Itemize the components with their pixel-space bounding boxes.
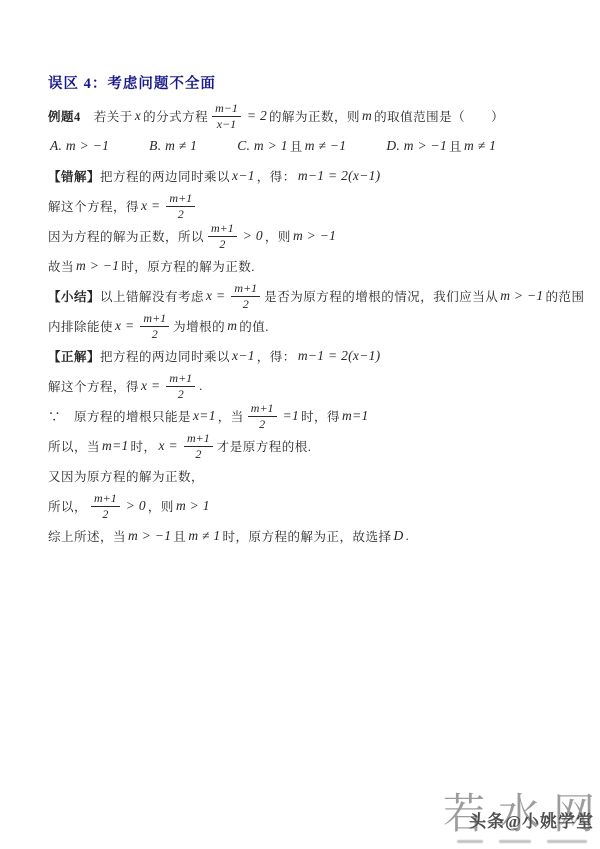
cn-text: 所以， xyxy=(48,497,87,515)
correct-solution-step6: 所以，m+12> 0，则 m > 1 xyxy=(48,491,560,521)
cn-text: 因为方程的解为正数，所以 xyxy=(48,227,204,245)
math-text: m=1 xyxy=(100,438,131,454)
document-page: 误区 4：考虑问题不全面 例题4 若关于 x 的分式方程m−1x−1= 2 的解… xyxy=(0,0,600,849)
cn-text: ，得： xyxy=(257,347,296,365)
fraction-numerator: m+1 xyxy=(184,431,213,447)
math-text: m xyxy=(225,318,239,334)
cn-text: 时， xyxy=(131,437,157,455)
bold-label: 例题4 xyxy=(48,107,81,125)
fraction: m+12 xyxy=(166,191,195,222)
cn-text: 的解为正数，则 xyxy=(269,107,360,125)
fraction: m+12 xyxy=(184,431,213,462)
math-text: D xyxy=(392,528,406,544)
cn-text: 时，得 xyxy=(301,407,340,425)
cn-text: ，当 xyxy=(218,407,244,425)
fraction: m+12 xyxy=(166,371,195,402)
math-text: m=1 xyxy=(340,408,371,424)
math-text: m ≠ −1 xyxy=(303,138,349,154)
cn-text: ，则 xyxy=(148,497,174,515)
options-row: A. m > −1B. m ≠ 1C. m > 1且m ≠ −1D. m > −… xyxy=(48,131,560,161)
fraction-numerator: m+1 xyxy=(248,401,277,417)
watermark-subtext-blur xyxy=(443,840,595,845)
cn-text: 的值. xyxy=(239,317,269,335)
fraction-denominator: 2 xyxy=(192,447,204,462)
math-text: C. m > 1 xyxy=(235,138,290,154)
cn-text: 的取值范围是（ ） xyxy=(374,107,504,125)
math-text: A. m > −1 xyxy=(48,138,111,154)
math-text: > 0 xyxy=(124,498,148,514)
math-text: m−1 = 2(x−1) xyxy=(296,348,383,364)
math-text: x = xyxy=(139,378,162,394)
fraction-denominator: 2 xyxy=(175,207,187,222)
math-text: x = xyxy=(204,288,227,304)
wrong-solution-step2: 解这个方程，得 x =m+12 xyxy=(48,191,560,221)
math-text: m > −1 xyxy=(74,258,121,274)
fraction-numerator: m+1 xyxy=(166,191,195,207)
fraction-denominator: x−1 xyxy=(214,117,239,132)
math-text: m > −1 xyxy=(498,288,545,304)
fraction-denominator: 2 xyxy=(175,387,187,402)
fraction-denominator: 2 xyxy=(240,297,252,312)
bold-label: 【错解】 xyxy=(48,167,100,185)
cn-text: 又因为原方程的解为正数， xyxy=(48,467,204,485)
cn-text: . xyxy=(199,379,203,394)
fraction: m+12 xyxy=(140,311,169,342)
cn-text: 以上错解没有考虑 xyxy=(100,287,204,305)
fraction: m+12 xyxy=(231,281,260,312)
fraction-numerator: m+1 xyxy=(166,371,195,387)
math-text: m−1 = 2(x−1) xyxy=(296,168,383,184)
math-text: m > −1 xyxy=(291,228,338,244)
math-text: m > −1 xyxy=(126,528,173,544)
math-text: x xyxy=(133,108,143,124)
bold-label: 【正解】 xyxy=(48,347,100,365)
fraction-numerator: m−1 xyxy=(212,101,241,117)
correct-solution-step3: ∵ 原方程的增根只能是 x=1，当m+12=1 时，得 m=1 xyxy=(48,401,560,431)
wrong-solution-step1: 【错解】把方程的两边同时乘以 x−1，得：m−1 = 2(x−1) xyxy=(48,161,560,191)
summary-line2: 内排除能使 x =m+12 为增根的 m 的值. xyxy=(48,311,560,341)
example-problem: 例题4 若关于 x 的分式方程m−1x−1= 2 的解为正数，则 m 的取值范围… xyxy=(48,101,560,131)
math-text: =1 xyxy=(281,408,301,424)
watermark: 若水网 头条@小姚学堂 xyxy=(443,793,595,845)
cn-text: 的范围 xyxy=(545,287,584,305)
blur-mark xyxy=(457,840,483,843)
cn-text: 且 xyxy=(290,137,303,155)
cn-text: 时，原方程的解为正，故选择 xyxy=(222,527,391,545)
cn-text: ，得： xyxy=(257,167,296,185)
cn-text: 把方程的两边同时乘以 xyxy=(100,347,230,365)
cn-text: . xyxy=(406,529,410,544)
cn-text: 把方程的两边同时乘以 xyxy=(100,167,230,185)
math-text: m ≠ 1 xyxy=(186,528,222,544)
cn-text: 时，原方程的解为正数. xyxy=(121,257,255,275)
math-text: m xyxy=(360,108,374,124)
wrong-solution-conclusion: 故当 m > −1 时，原方程的解为正数. xyxy=(48,251,560,281)
cn-text: 内排除能使 xyxy=(48,317,113,335)
cn-text: 所以，当 xyxy=(48,437,100,455)
doc-lines: 例题4 若关于 x 的分式方程m−1x−1= 2 的解为正数，则 m 的取值范围… xyxy=(48,101,560,551)
cn-text: 的分式方程 xyxy=(143,107,208,125)
math-text: x−1 xyxy=(230,168,257,184)
math-text: m ≠ 1 xyxy=(462,138,498,154)
cn-text: ∵ 原方程的增根只能是 xyxy=(48,407,191,425)
fraction-denominator: 2 xyxy=(256,417,268,432)
math-text: B. m ≠ 1 xyxy=(147,138,199,154)
fraction-numerator: m+1 xyxy=(140,311,169,327)
correct-solution-step2: 解这个方程，得 x =m+12. xyxy=(48,371,560,401)
math-text: = 2 xyxy=(245,108,269,124)
fraction-denominator: 2 xyxy=(99,507,111,522)
math-text: D. m > −1 xyxy=(384,138,449,154)
cn-text: 为增根的 xyxy=(173,317,225,335)
fraction-numerator: m+1 xyxy=(91,491,120,507)
fraction-numerator: m+1 xyxy=(231,281,260,297)
cn-text: 且 xyxy=(449,137,462,155)
correct-solution-step1: 【正解】把方程的两边同时乘以 x−1，得：m−1 = 2(x−1) xyxy=(48,341,560,371)
math-text: x = xyxy=(157,438,180,454)
blur-mark xyxy=(499,840,531,843)
cn-text: 解这个方程，得 xyxy=(48,377,139,395)
math-text: m > 1 xyxy=(174,498,212,514)
cn-text: 是否为原方程的增根的情况，我们应当从 xyxy=(264,287,498,305)
fraction: m−1x−1 xyxy=(212,101,241,132)
fraction: m+12 xyxy=(91,491,120,522)
math-text: x = xyxy=(139,198,162,214)
summary-line1: 【小结】以上错解没有考虑 x =m+12 是否为原方程的增根的情况，我们应当从 … xyxy=(48,281,560,311)
cn-text: 才是原方程的根. xyxy=(217,437,312,455)
correct-solution-step4: 所以，当 m=1 时，x =m+12 才是原方程的根. xyxy=(48,431,560,461)
blur-mark xyxy=(547,840,587,843)
cn-text: 故当 xyxy=(48,257,74,275)
cn-text: 解这个方程，得 xyxy=(48,197,139,215)
watermark-byline: 头条@小姚学堂 xyxy=(469,807,594,832)
correct-solution-step5: 又因为原方程的解为正数， xyxy=(48,461,560,491)
cn-text: 综上所述，当 xyxy=(48,527,126,545)
math-text: x=1 xyxy=(191,408,218,424)
cn-text: ，则 xyxy=(265,227,291,245)
fraction-numerator: m+1 xyxy=(208,221,237,237)
section-heading: 误区 4：考虑问题不全面 xyxy=(48,72,560,92)
fraction: m+12 xyxy=(248,401,277,432)
math-text: x−1 xyxy=(230,348,257,364)
fraction: m+12 xyxy=(208,221,237,252)
cn-text: 若关于 xyxy=(81,107,133,125)
math-text: x = xyxy=(113,318,136,334)
final-conclusion: 综上所述，当 m > −1 且 m ≠ 1 时，原方程的解为正，故选择 D. xyxy=(48,521,560,551)
fraction-denominator: 2 xyxy=(149,327,161,342)
cn-text: 且 xyxy=(173,527,186,545)
wrong-solution-step3: 因为方程的解为正数，所以m+12> 0，则 m > −1 xyxy=(48,221,560,251)
math-text: > 0 xyxy=(241,228,265,244)
fraction-denominator: 2 xyxy=(216,237,228,252)
bold-label: 【小结】 xyxy=(48,287,100,305)
